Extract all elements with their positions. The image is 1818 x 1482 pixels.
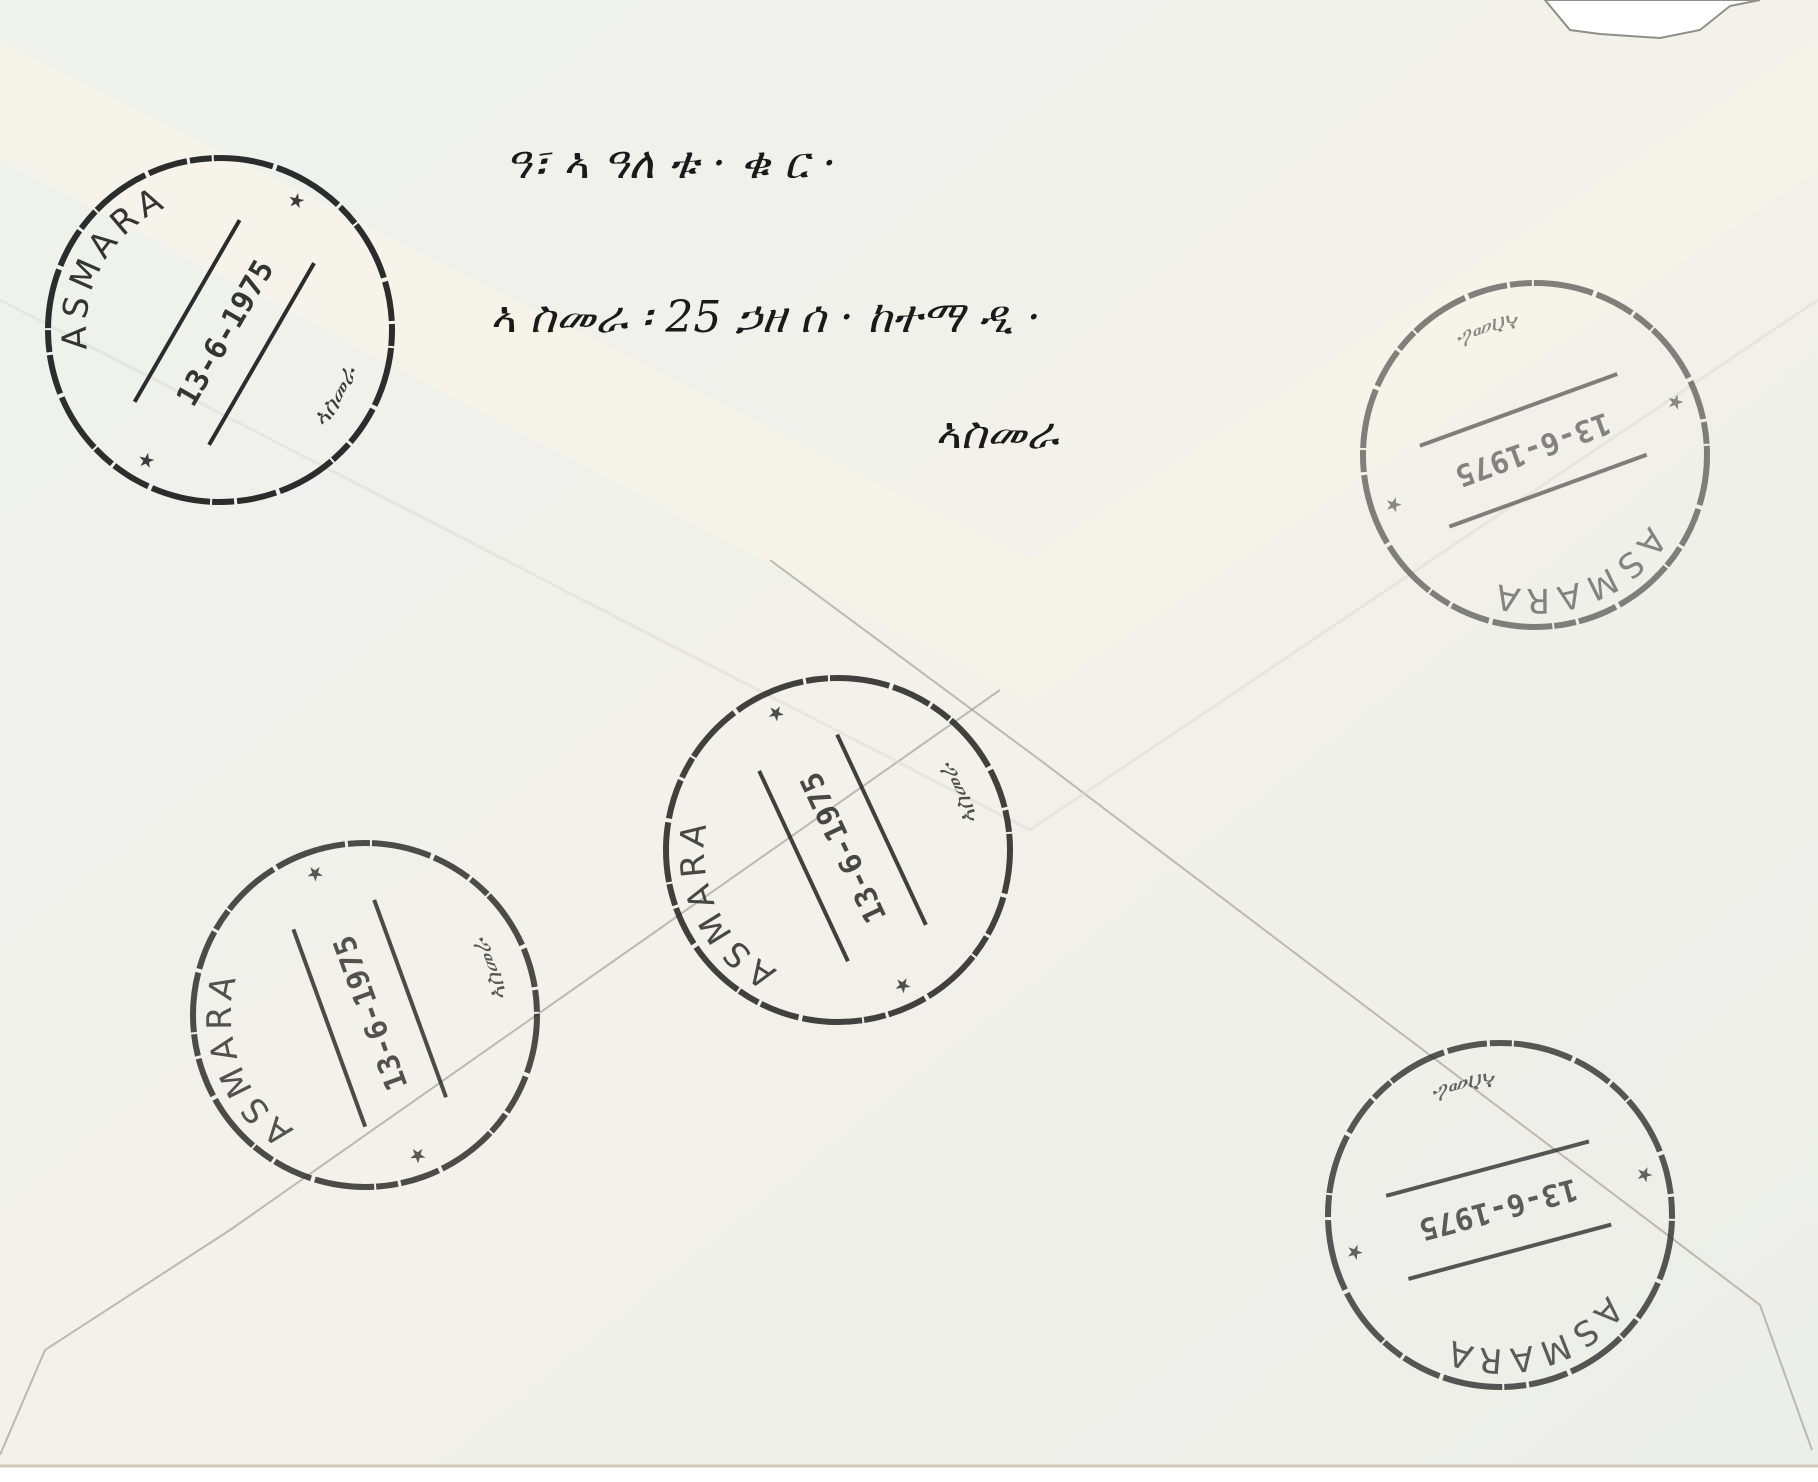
- address-line-1: ዓ፣ ኣ ዓለ ቱ · ቁ ር ·: [505, 138, 836, 189]
- envelope-back: ዓ፣ ኣ ዓለ ቱ · ቁ ር · ኣ ስመራ ፡ 25 ኃዘ ሰ · ከተማ …: [0, 0, 1818, 1482]
- bottom-edge: [0, 1466, 1818, 1482]
- address-line-2: ኣ ስመራ ፡ 25 ኃዘ ሰ · ከተማ ዲ ·: [490, 292, 1041, 343]
- address-line-3: ኣስመራ: [935, 408, 1059, 459]
